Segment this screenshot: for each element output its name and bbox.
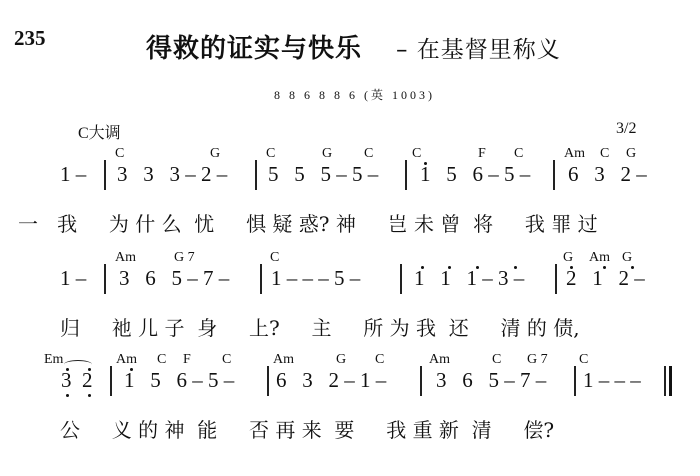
note-group: 1 – – – 5 – [271, 266, 360, 291]
bar-line [104, 264, 106, 294]
chord-symbol: C [514, 146, 523, 162]
chord-symbol: Em [44, 352, 63, 368]
hymn-subtitle: – 在基督里称义 [396, 31, 561, 64]
note-group: 2 1 2 – [566, 266, 645, 291]
chord-symbol: G [563, 250, 573, 266]
bar-line [267, 366, 269, 396]
final-bar-thick [669, 366, 672, 396]
note-group: 5 5 5 – 5 – [268, 162, 378, 187]
chord-symbol: C [270, 250, 279, 266]
lyrics-line: 公 义 的 神 能 否 再 来 要 我 重 新 清 偿? [60, 414, 554, 443]
note-group: 1 – – – [583, 368, 641, 393]
chord-symbol: F [478, 146, 486, 162]
chord-symbol: C [579, 352, 588, 368]
octave-dot-above [476, 266, 479, 269]
chord-symbol: C [600, 146, 609, 162]
chord-symbol: Am [116, 352, 137, 368]
chord-symbol: G 7 [527, 352, 548, 368]
chord-symbol: Am [589, 250, 610, 266]
note-group: 1 5 6 – 5 – [124, 368, 234, 393]
octave-dot-below [88, 394, 91, 397]
bar-line [555, 264, 557, 294]
key-signature: C大调 [78, 120, 121, 143]
chord-symbol: Am [273, 352, 294, 368]
chord-symbol: C [266, 146, 275, 162]
hymn-meter: 8 8 6 8 8 6 (英 1003) [274, 86, 435, 103]
chord-symbol: C [375, 352, 384, 368]
chord-symbol: C [157, 352, 166, 368]
bar-line [405, 160, 407, 190]
tie-slur [64, 360, 92, 369]
octave-dot-below [66, 394, 69, 397]
note-group: 6 3 2 – [568, 162, 647, 187]
bar-line [255, 160, 257, 190]
chord-symbol: C [412, 146, 421, 162]
bar-line [400, 264, 402, 294]
note-group: 1 5 6 – 5 – [420, 162, 530, 187]
bar-line [420, 366, 422, 396]
chord-symbol: G [336, 352, 346, 368]
bar-line [110, 366, 112, 396]
chord-symbol: C [492, 352, 501, 368]
time-signature: 3/2 [616, 120, 636, 138]
note-group: 1 1 1 – 3 – [414, 266, 524, 291]
octave-dot-above [424, 162, 427, 165]
octave-dot-above [631, 266, 634, 269]
octave-dot-above [570, 266, 573, 269]
chord-symbol: F [183, 352, 191, 368]
chord-symbol: G 7 [174, 250, 195, 266]
chord-symbol: C [115, 146, 124, 162]
octave-dot-above [130, 368, 133, 371]
lyrics-line: 一 我 为 什 么 忧 惧 疑 惑? 神 岂 未 曾 将 我 罪 过 [18, 208, 598, 237]
chord-symbol: G [626, 146, 636, 162]
chord-symbol: Am [429, 352, 450, 368]
note-group: 3 6 5 – 7 – [119, 266, 229, 291]
octave-dot-above [603, 266, 606, 269]
chord-symbol: Am [564, 146, 585, 162]
note-group: 3 6 5 – 7 – [436, 368, 546, 393]
bar-line [104, 160, 106, 190]
chord-symbol: Am [115, 250, 136, 266]
note-group: 6 3 2 – 1 – [276, 368, 386, 393]
chord-symbol: C [364, 146, 373, 162]
octave-dot-above [514, 266, 517, 269]
bar-line [553, 160, 555, 190]
chord-symbol: G [322, 146, 332, 162]
bar-line [260, 264, 262, 294]
octave-dot-above [448, 266, 451, 269]
octave-dot-above [421, 266, 424, 269]
bar-line [574, 366, 576, 396]
hymn-title: 得救的证实与快乐 [146, 28, 362, 65]
hymn-number: 235 [14, 26, 46, 51]
chord-symbol: G [622, 250, 632, 266]
chord-symbol: C [222, 352, 231, 368]
note-group: 3 2 [61, 368, 93, 393]
chord-symbol: G [210, 146, 220, 162]
note-group: 1 – [60, 162, 86, 187]
final-bar-thin [664, 366, 666, 396]
lyrics-line: 归 祂 儿 子 身 上? 主 所 为 我 还 清 的 债, [60, 312, 580, 341]
note-group: 1 – [60, 266, 86, 291]
note-group: 3 3 3 – 2 – [117, 162, 227, 187]
